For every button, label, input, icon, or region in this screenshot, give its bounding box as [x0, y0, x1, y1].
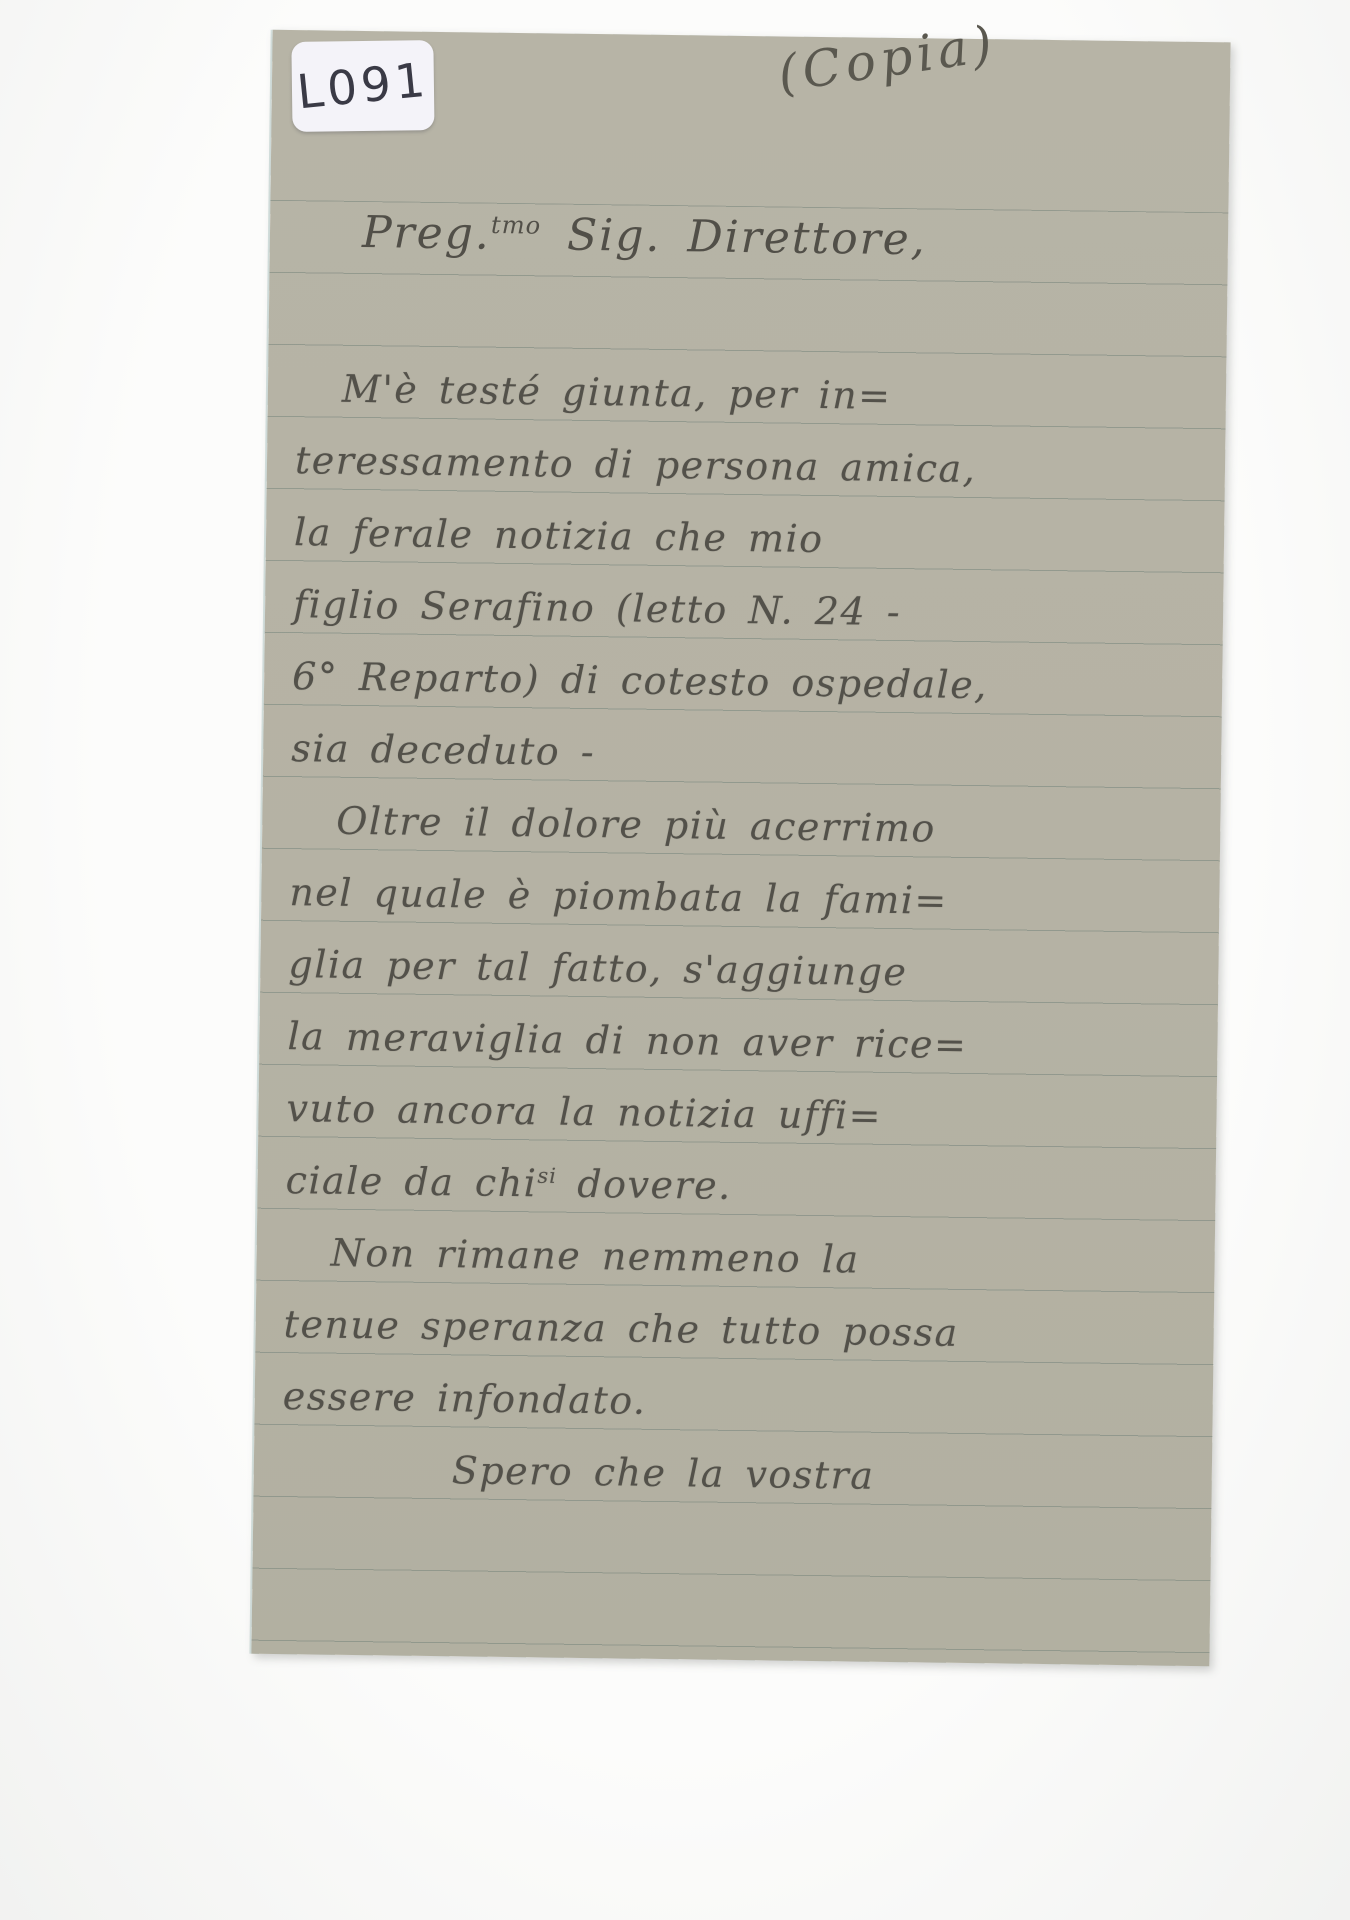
letter-line: teressamento di persona amica, — [294, 438, 1211, 522]
salutation-superscript: tmo — [491, 211, 542, 240]
letter-line: la ferale notizia che mio — [293, 510, 1210, 594]
letter-line: essere infondato. — [282, 1374, 1199, 1458]
letter-line: vuto ancora la notizia uffi= — [286, 1086, 1203, 1170]
letter-line: tenue speranza che tutto possa — [283, 1302, 1200, 1386]
letter-line: la meraviglia di non aver rice= — [287, 1014, 1204, 1098]
letter-line: Oltre il dolore più acerrimo — [290, 798, 1207, 882]
letter-line: Spero che la vostra — [281, 1446, 1198, 1530]
letter-body: M'è testé giunta, per in=teressamento di… — [281, 366, 1212, 1530]
letter-line: sia deceduto - — [291, 726, 1208, 810]
salutation-rest: Sig. Direttore, — [541, 209, 927, 265]
archive-label-sticker: L091 — [291, 40, 434, 132]
letter-line: Non rimane nemmeno la — [284, 1230, 1201, 1314]
letter-line: M'è testé giunta, per in= — [295, 366, 1212, 450]
archive-label-text: L091 — [295, 52, 432, 120]
letter-line: ciale da chisi dovere. — [285, 1158, 1202, 1242]
letter-line: nel quale è piombata la fami= — [289, 870, 1206, 954]
letter-line: figlio Serafino (letto N. 24 - — [292, 582, 1209, 666]
salutation-prefix: Preg. — [362, 207, 492, 260]
salutation: Preg.tmo Sig. Direttore, — [362, 207, 927, 265]
letter-paper: L091 (Copia) Preg.tmo Sig. Direttore, M'… — [251, 30, 1230, 1666]
letter-line: 6° Reparto) di cotesto ospedale, — [292, 654, 1209, 738]
letter-line: glia per tal fatto, s'aggiunge — [288, 942, 1205, 1026]
